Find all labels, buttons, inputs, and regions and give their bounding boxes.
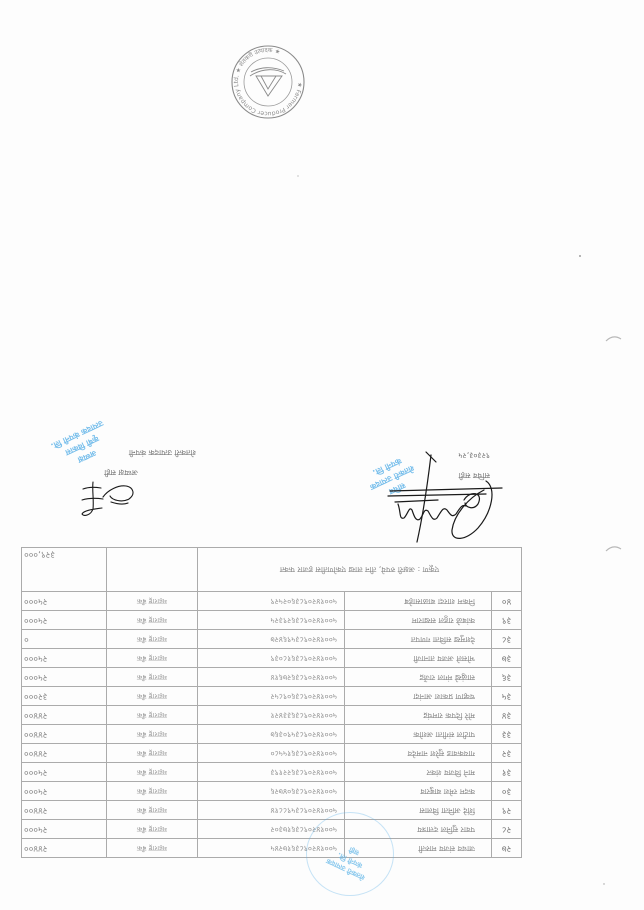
bank-name: महाराष्ट्र बँक xyxy=(107,725,198,744)
account-number: ५००१४२०९८३५९८८१४ xyxy=(198,801,345,820)
beneficiary-name: कदम रमेश बाबुराव xyxy=(345,782,492,801)
table-row: ३३ पाटील संगीता अशोक ५००१४२०९८३५९०३६७ मह… xyxy=(22,725,522,744)
amount: २४४०० xyxy=(22,706,107,725)
amount: २४४०० xyxy=(22,801,107,820)
table-row: २७ जाधव संजय मारुती ५००१४२०९८३६१७२४५ महा… xyxy=(22,839,522,858)
bank-name: महाराष्ट्र बँक xyxy=(107,763,198,782)
table-row: ३८ देशमुख सविता गणपत ५००१४२०९८३५९६४२७ मह… xyxy=(22,630,522,649)
beneficiary-name: मोरे दिपक रामचंद्र xyxy=(345,706,492,725)
scanned-page: २७ जाधव संजय मारुती ५००१४२०९८३६१७२४५ महा… xyxy=(0,0,644,910)
svg-text:★ Farmer Producer Company Ltd.: ★ Farmer Producer Company Ltd. ★ शेतकरी … xyxy=(233,47,303,117)
serial-number: २७ xyxy=(492,839,522,858)
beneficiary-name: भोसले अजय तानाजी xyxy=(345,649,492,668)
bank-name: महाराष्ट्र बँक xyxy=(107,744,198,763)
bank-name: महाराष्ट्र बँक xyxy=(107,687,198,706)
table-row: ३७ भोसले अजय तानाजी ५००१४२०९८३६१८०३९ महा… xyxy=(22,649,522,668)
total-row: एकूण : अक्षरी रुपये, तीन लाख एकोणतीस हजा… xyxy=(22,548,522,592)
amount: २४४०० xyxy=(22,839,107,858)
bank-name: महाराष्ट्र बँक xyxy=(107,820,198,839)
bank-name: महाराष्ट्र बँक xyxy=(107,706,198,725)
account-number: ५००१४२०९८३५९६४२७ xyxy=(198,630,345,649)
beneficiary-name: गायकवाड सुरेश नामदेव xyxy=(345,744,492,763)
amount: २५००० xyxy=(22,611,107,630)
account-number: ५००१४२०९८३६१८०३९ xyxy=(198,649,345,668)
left-signatory-title: सचिव सही xyxy=(459,470,490,480)
account-number: ५००१४२०९८३५९०३६७ xyxy=(198,725,345,744)
bank-name: महाराष्ट्र बँक xyxy=(107,668,198,687)
bank-name: महाराष्ट्र बँक xyxy=(107,592,198,611)
amount: ० xyxy=(22,630,107,649)
beneficiary-name: कांबळे राहुल सखाराम xyxy=(345,611,492,630)
account-number: ५००१४२०९८३६२९३२५ xyxy=(198,611,345,630)
serial-number: ३१ xyxy=(492,763,522,782)
amount: २४४०० xyxy=(22,744,107,763)
total-in-words: एकूण : अक्षरी रुपये, तीन लाख एकोणतीस हजा… xyxy=(198,548,522,592)
beneficiary-name: देशमुख सविता गणपत xyxy=(345,630,492,649)
beneficiary-name: चव्हाण प्रकाश आनंदा xyxy=(345,687,492,706)
company-seal: ★ Farmer Producer Company Ltd. ★ शेतकरी … xyxy=(230,44,306,120)
bank-name: महाराष्ट्र बँक xyxy=(107,839,198,858)
amount: २५००० xyxy=(22,668,107,687)
table-row: ३९ कांबळे राहुल सखाराम ५००१४२०९८३६२९३२५ … xyxy=(22,611,522,630)
serial-number: ३७ xyxy=(492,649,522,668)
table-row: ३६ साळुंखे मंगल राजेंद्र ५००१४२०९८३६२७६१… xyxy=(22,668,522,687)
table-row: ४० निकम शारदा बाळासाहेब ५००१४२०९८३६०२५२९… xyxy=(22,592,522,611)
serial-number: ४० xyxy=(492,592,522,611)
right-signatory-title: अध्यक्ष सही xyxy=(104,467,138,477)
account-number: ५००१४२०९८३६०२५२९ xyxy=(198,592,345,611)
amount: २५००० xyxy=(22,763,107,782)
amount: २५००० xyxy=(22,820,107,839)
serial-number: ३८ xyxy=(492,630,522,649)
serial-number: ३५ xyxy=(492,687,522,706)
amount: २५००० xyxy=(22,649,107,668)
left-signatory-number: ९२३०३,२५ xyxy=(458,450,490,460)
account-number: ५००१४२०९८३६२२१९३ xyxy=(198,763,345,782)
amount: २५००० xyxy=(22,592,107,611)
serial-number: ३९ xyxy=(492,611,522,630)
serial-number: ३४ xyxy=(492,706,522,725)
bank-name: महाराष्ट्र बँक xyxy=(107,782,198,801)
serial-number: ३० xyxy=(492,782,522,801)
serial-number: ३३ xyxy=(492,725,522,744)
bank-name: महाराष्ट्र बँक xyxy=(107,649,198,668)
bank-name: महाराष्ट्र बँक xyxy=(107,801,198,820)
serial-number: २८ xyxy=(492,820,522,839)
total-blank-cell xyxy=(107,548,198,592)
seal-ring-text: ★ Farmer Producer Company Ltd. ★ शेतकरी … xyxy=(233,47,303,117)
beneficiary-name: माने विजय शंकर xyxy=(345,763,492,782)
left-blue-stamp: सचिव शेतकरी उत्पादक कंपनी लि. xyxy=(342,441,441,513)
amount: २४४०० xyxy=(22,725,107,744)
table-row: ३० कदम रमेश बाबुराव ५००१४२०९८३६०४७२६ महा… xyxy=(22,782,522,801)
table-row: ३५ चव्हाण प्रकाश आनंदा ५००१४२०९८३६०९८५२ … xyxy=(22,687,522,706)
total-amount: ३२९,००० xyxy=(22,548,107,592)
beneficiary-table: २७ जाधव संजय मारुती ५००१४२०९८३६१७२४५ महा… xyxy=(21,547,522,858)
account-number: ५००१४२०९८३६०९८५२ xyxy=(198,687,345,706)
serial-number: ३६ xyxy=(492,668,522,687)
right-signatory-org: शेतकरी उत्पादक कंपनी xyxy=(129,447,196,457)
account-number: ५००१४२०९८३६०४७२६ xyxy=(198,782,345,801)
account-number: ५००१४२०९८३६१५५८० xyxy=(198,744,345,763)
seal-emblem-icon xyxy=(250,68,286,96)
beneficiary-name: निकम शारदा बाळासाहेब xyxy=(345,592,492,611)
serial-number: ३२ xyxy=(492,744,522,763)
table-row: ३१ माने विजय शंकर ५००१४२०९८३६२२१९३ महारा… xyxy=(22,763,522,782)
bank-name: महाराष्ट्र बँक xyxy=(107,611,198,630)
account-number: ५००१४२०९८३६३३४२१ xyxy=(198,706,345,725)
round-blue-stamp: शेतकरी उत्पादक कंपनी लि. सही xyxy=(306,812,394,896)
beneficiary-name: साळुंखे मंगल राजेंद्र xyxy=(345,668,492,687)
account-number: ५००१४२०९८३६२७६१४ xyxy=(198,668,345,687)
bank-name: महाराष्ट्र बँक xyxy=(107,630,198,649)
table-row: २९ शिंदे अनिता विलास ५००१४२०९८३५९८८१४ मह… xyxy=(22,801,522,820)
serial-number: २९ xyxy=(492,801,522,820)
table-row: ३४ मोरे दिपक रामचंद्र ५००१४२०९८३६३३४२१ म… xyxy=(22,706,522,725)
table-row: ३२ गायकवाड सुरेश नामदेव ५००१४२०९८३६१५५८०… xyxy=(22,744,522,763)
amount: २५००० xyxy=(22,782,107,801)
document-sheet-upside-down: २७ जाधव संजय मारुती ५००१४२०९८३६१७२४५ महा… xyxy=(0,0,644,910)
amount: ३२००० xyxy=(22,687,107,706)
table-row: २८ पवार सुनिल दत्तात्रय ५००१४२०९८३६१७३०२… xyxy=(22,820,522,839)
beneficiary-name: पाटील संगीता अशोक xyxy=(345,725,492,744)
